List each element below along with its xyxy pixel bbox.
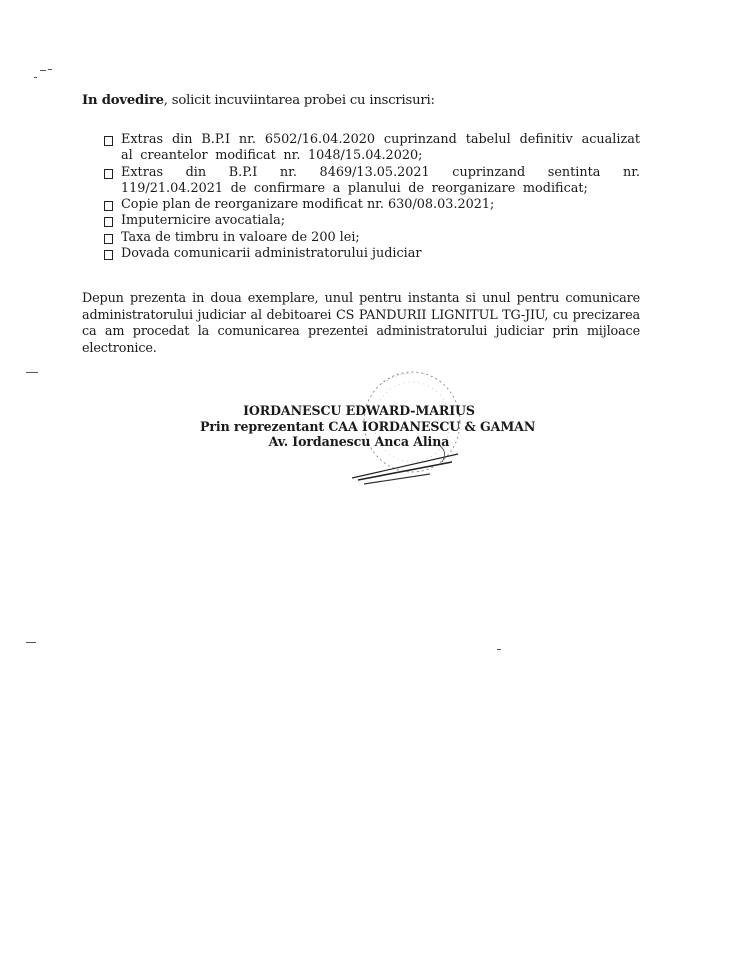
list-item: Imputernicire avocatiala; (104, 213, 640, 229)
scan-artifact (26, 642, 36, 643)
intro-text: , solicit incuviintarea probei cu inscri… (164, 93, 435, 108)
list-item: Extras din B.P.I nr. 6502/16.04.2020 cup… (104, 132, 640, 165)
list-item-text: Taxa de timbru in valoare de 200 lei; (121, 230, 360, 245)
list-item-text: Imputernicire avocatiala; (121, 213, 285, 228)
evidence-intro: In dovedire, solicit incuviintarea probe… (82, 93, 435, 108)
evidence-list: Extras din B.P.I nr. 6502/16.04.2020 cup… (104, 132, 640, 262)
closing-paragraph: Depun prezenta in doua exemplare, unul p… (82, 291, 640, 357)
list-item-text: Extras din B.P.I nr. 6502/16.04.2020 cup… (121, 132, 640, 163)
signatory-representative: Prin reprezentant CAA IORDANESCU & GAMAN (200, 419, 518, 435)
scan-artifact (40, 70, 46, 71)
document-page: In dovedire, solicit incuviintarea probe… (0, 0, 750, 970)
list-item: Extras din B.P.I nr. 8469/13.05.2021 cup… (104, 165, 640, 198)
checkbox-bullet-icon (104, 201, 113, 211)
checkbox-bullet-icon (104, 234, 113, 244)
checkbox-bullet-icon (104, 169, 113, 179)
checkbox-bullet-icon (104, 250, 113, 260)
scan-artifact (497, 649, 501, 650)
checkbox-bullet-icon (104, 136, 113, 146)
list-item-text: Extras din B.P.I nr. 8469/13.05.2021 cup… (121, 165, 640, 196)
intro-bold: In dovedire (82, 93, 164, 108)
list-item: Copie plan de reorganizare modificat nr.… (104, 197, 640, 213)
list-item: Taxa de timbru in valoare de 200 lei; (104, 230, 640, 246)
list-item-text: Copie plan de reorganizare modificat nr.… (121, 197, 494, 212)
list-item-text: Dovada comunicarii administratorului jud… (121, 246, 422, 261)
scan-artifact (26, 372, 38, 373)
scan-artifact (48, 69, 52, 70)
list-item: Dovada comunicarii administratorului jud… (104, 246, 640, 262)
scan-artifact (34, 77, 37, 78)
checkbox-bullet-icon (104, 217, 113, 227)
signatory-name: IORDANESCU EDWARD-MARIUS (200, 403, 518, 419)
handwritten-signature-icon (340, 440, 470, 490)
